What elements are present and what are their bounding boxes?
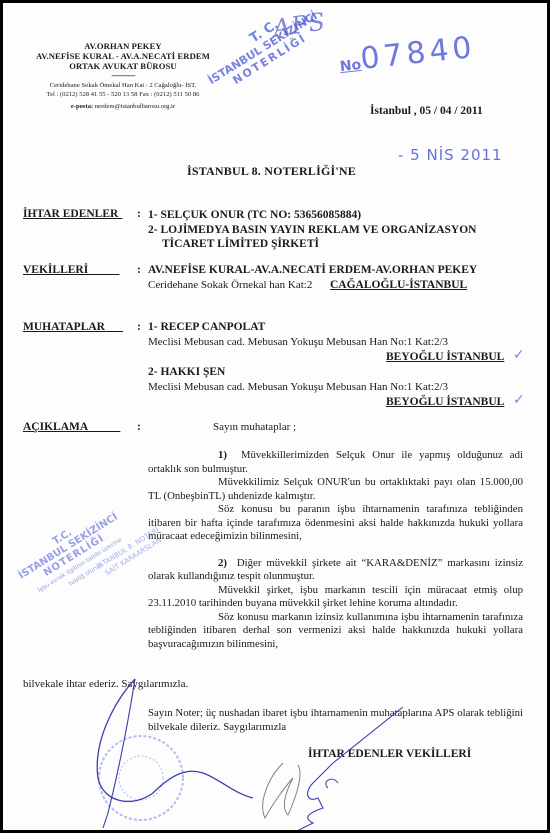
- signature-2-icon: [263, 763, 300, 818]
- signatures-layer: [3, 3, 547, 830]
- signature-3-loop-icon: [326, 779, 338, 788]
- signature-1-tail-icon: [103, 679, 135, 828]
- notice-document: AV.ORHAN PEKEY AV.NEFİSE KURAL - AV.A.NE…: [3, 3, 547, 830]
- signature-3-icon: [293, 707, 403, 830]
